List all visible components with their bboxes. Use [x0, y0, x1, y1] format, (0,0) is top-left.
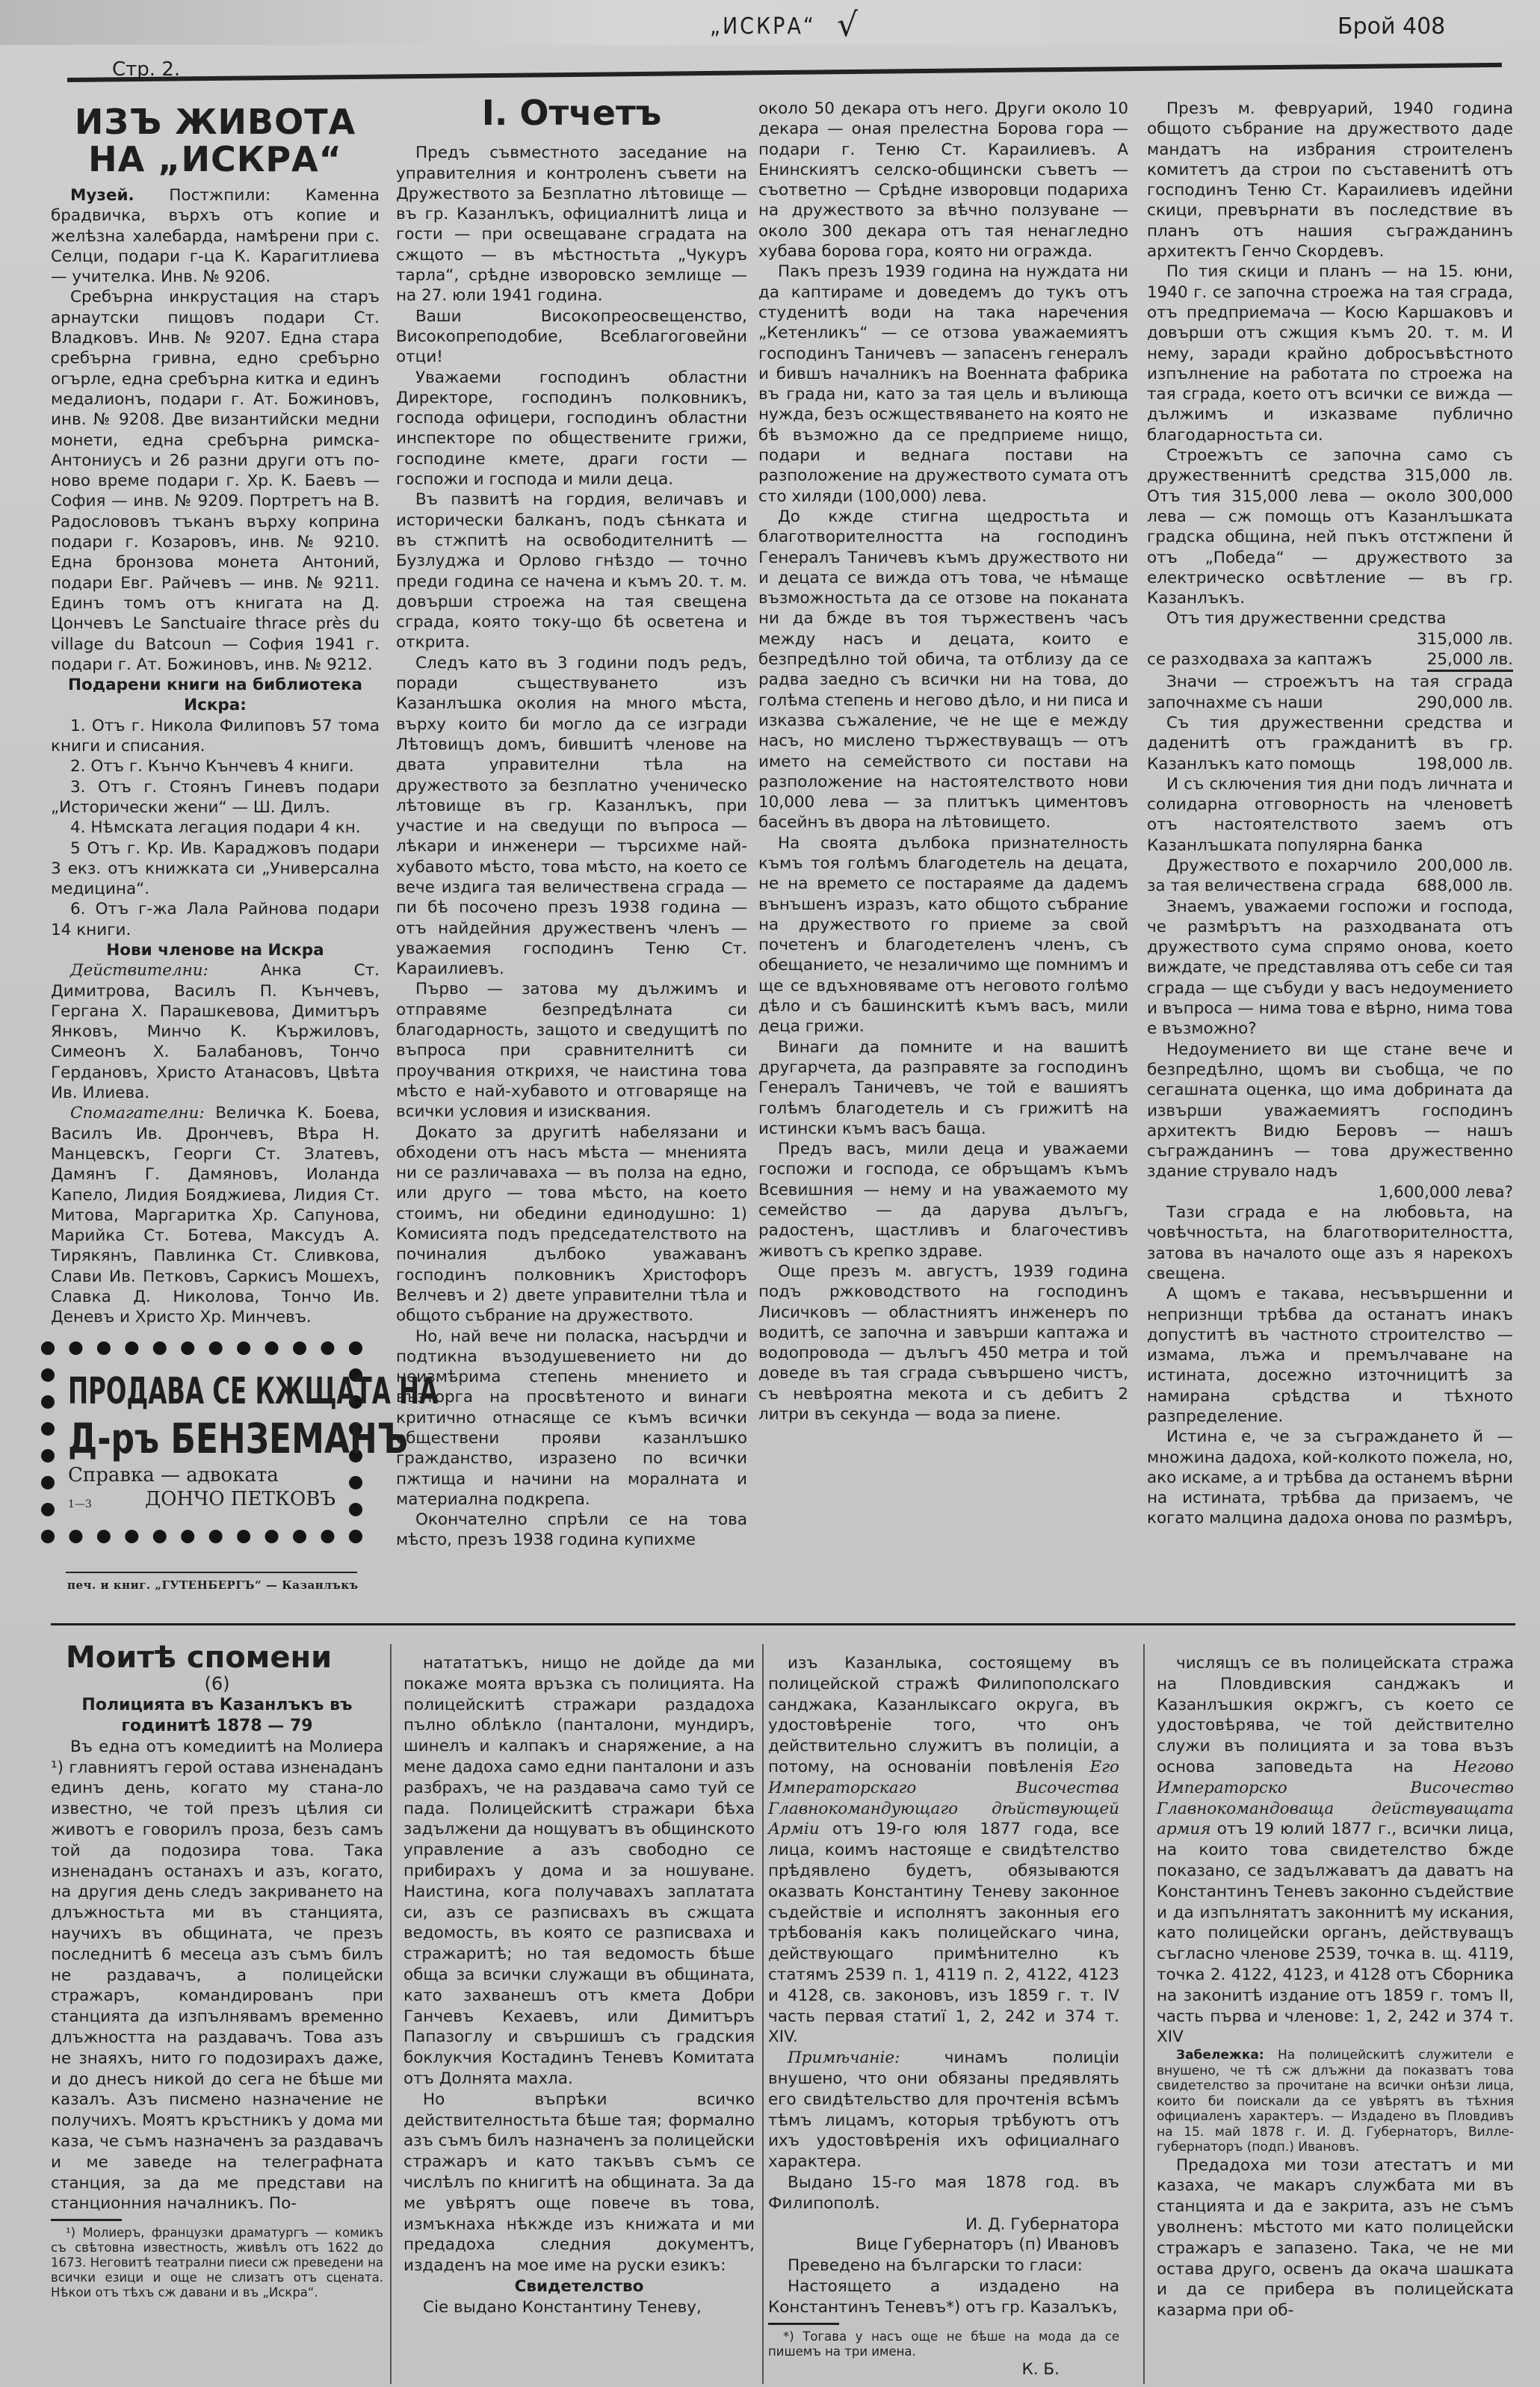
museum-items: Сребърна инкрустация на старъ арнаутски …: [51, 287, 380, 675]
amount: 1,600,000 лева?: [1379, 1182, 1513, 1202]
memoirs-column-2: натататъкъ, нищо не дойде да ми покаже м…: [403, 1653, 755, 2318]
book-item: 3. Отъ г. Стоянъ Гиневъ подари „Историче…: [51, 777, 380, 818]
author-initials: К. Б.: [768, 2359, 1119, 2380]
amount: 200,000 лв.: [1397, 856, 1513, 876]
note: Забележка: На полицейскитѣ служители е в…: [1157, 2048, 1514, 2155]
house-sale-advertisement: ПРОДАВА СЕ КЖЩАТА НА Д-ръ БЕНЗЕМАНЪ Спра…: [41, 1341, 362, 1543]
book-item: 4. Нѣмската легация подари 4 кн.: [51, 818, 380, 838]
article-title: I. Отчетъ: [396, 103, 747, 123]
amount: 315,000 лв.: [1417, 629, 1513, 649]
column-otchet: I. Отчетъ Предъ съвместното заседание на…: [396, 99, 747, 1551]
section-divider: [51, 1623, 1515, 1625]
column-rule: [1143, 1644, 1145, 2384]
memoirs-title: Моитѣ спомени: [66, 1641, 383, 1674]
printer-rule: [66, 1572, 357, 1573]
column-rule: [390, 1644, 392, 2384]
paper-title: „ИСКРА“: [710, 13, 816, 40]
book-item: 5 Отъ г. Кр. Ив. Караджовъ подари 3 екз.…: [51, 839, 380, 900]
books-heading: Подарени книги на библиотека Искра:: [51, 675, 380, 716]
ad-contact: ДОНЧО ПЕТКОВЪ: [145, 1488, 335, 1510]
amount: 688,000 лв.: [1397, 876, 1513, 896]
column-rule: [762, 1644, 764, 2384]
ad-run-count: 1—3: [68, 1498, 92, 1510]
signature: Вице Губернаторъ (п) Ивановъ: [768, 2235, 1119, 2255]
book-item: 6. Отъ г-жа Лала Райнова подари 14 книги…: [51, 899, 380, 940]
footnote: ¹) Молиеръ, французки драматургъ — комик…: [51, 2226, 383, 2300]
column-iz-zhivota: ИЗЪ ЖИВОТА НА „ИСКРА“ Музей. Постжпили: …: [51, 99, 380, 1328]
newspaper-page: „ИСКРА“ √ Брой 408 Стр. 2. ИЗЪ ЖИВОТА НА…: [0, 0, 1540, 2387]
check-mark-icon: √: [837, 6, 858, 44]
section-title: ИЗЪ ЖИВОТА НА „ИСКРА“: [51, 103, 380, 178]
memoirs-subtitle: Полицията въ Казанлъкъ въ годинитѣ 1878 …: [51, 1695, 383, 1737]
column-otchet-finances: Презъ м. февруарий, 1940 година общото с…: [1147, 99, 1513, 1529]
amount: 290,000 лв.: [1397, 693, 1513, 713]
document-title: Свидетелство: [403, 2276, 755, 2297]
memoirs-column-4: числящъ се въ полицейската стража на Пло…: [1157, 1653, 1514, 2321]
members-heading: Нови членове на Искра: [51, 940, 380, 960]
memoirs-part: (6): [51, 1674, 383, 1695]
book-item: 1. Отъ г. Никола Филиповъ 57 тома книги …: [51, 716, 380, 757]
amount: 25,000 лв.: [1427, 649, 1513, 672]
support-members: Спомагателни: Величка К. Боева, Василъ И…: [51, 1103, 380, 1327]
book-item: 2. Отъ г. Кънчо Кънчевъ 4 книги.: [51, 756, 380, 776]
footnote: *) Тогава у насъ още не бѣше на мода да …: [768, 2329, 1119, 2359]
memoirs-column-3: изъ Казанлыка, состоящему въ полицейской…: [768, 1653, 1119, 2380]
issue-number: Брой 408: [1338, 13, 1445, 40]
museum-paragraph: Музей. Постжпили: Каменна брадвичка, вър…: [51, 185, 380, 287]
active-members: Действителни: Анка Ст. Димитрова, Василъ…: [51, 960, 380, 1103]
amount: 198,000 лв.: [1397, 754, 1513, 774]
footnote-rule: [51, 2219, 122, 2221]
memoirs-column-1: Моитѣ спомени (6) Полицията въ Казанлъкъ…: [51, 1635, 383, 2300]
printer-imprint: печ. и книг. „ГУТЕНБЕРГЪ“ — Казанлъкъ: [67, 1578, 359, 1592]
column-otchet-cont: около 50 декара отъ него. Други около 10…: [758, 99, 1128, 1424]
header-rule: [67, 63, 1502, 82]
signature: И. Д. Губернатора: [768, 2214, 1119, 2235]
footnote-rule: [768, 2323, 839, 2325]
